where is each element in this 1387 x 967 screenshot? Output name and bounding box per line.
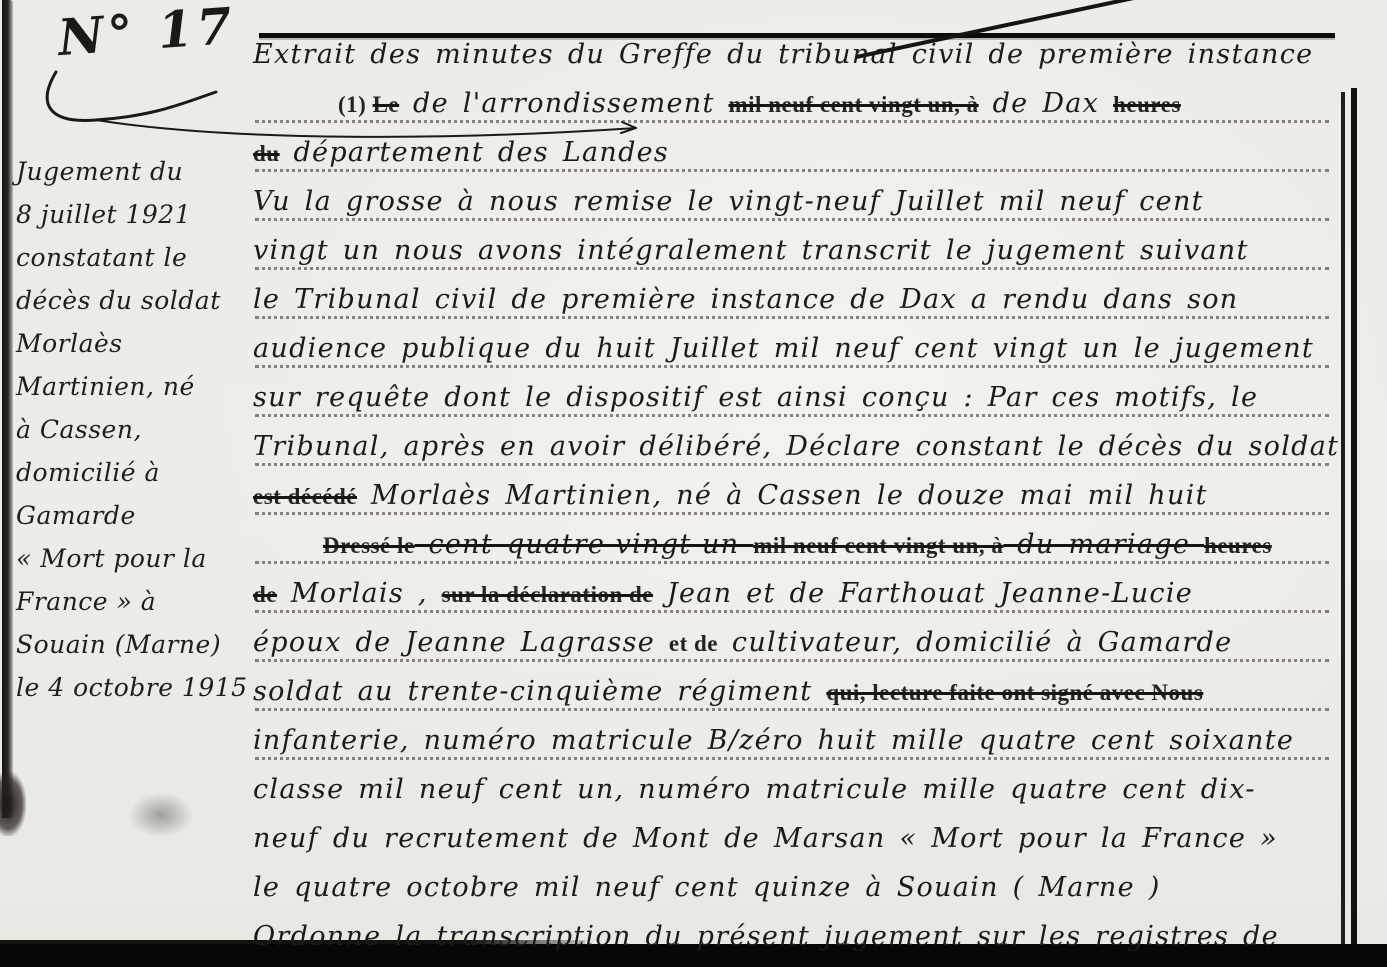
margin-note-line: décès du soldat [16,279,258,322]
handwritten-text: neuf du recrutement de Mont de Marsan « … [253,823,1278,854]
body-line: Vu la grosse à nous remise le vingt-neuf… [253,177,1341,226]
scanned-civil-registry-document: N° 17 Jugement du8 juillet 1921constatan… [0,0,1387,967]
ink-smudge [128,792,194,838]
margin-note-line: Martinien, né [16,365,258,408]
printed-form-text: est décédé [253,484,357,509]
handwritten-text: Extrait des minutes du Greffe du tribuna… [253,39,1313,70]
margin-note-line: Gamarde [16,494,258,537]
body-line: (1) Le de l'arrondissement mil neuf cent… [253,79,1341,128]
body-line: soldat au trente-cinquième régiment qui,… [253,667,1341,716]
body-line: de Morlais , sur la déclaration de Jean … [253,569,1341,618]
body-line: vingt un nous avons intégralement transc… [253,226,1341,275]
margin-note-line: 8 juillet 1921 [16,193,258,236]
printed-form-text: sur la déclaration de [442,582,653,607]
body-line: époux de Jeanne Lagrasse et de cultivate… [253,618,1341,667]
body-lines: Extrait des minutes du Greffe du tribuna… [253,30,1341,961]
body-line: neuf du recrutement de Mont de Marsan « … [253,814,1341,863]
body-line: audience publique du huit Juillet mil ne… [253,324,1341,373]
printed-form-text: du [253,141,280,166]
handwritten-text: cultivateur, domicilié à Gamarde [718,627,1232,658]
body-line: Tribunal, après en avoir délibéré, Décla… [253,422,1341,471]
handwritten-text: classe mil neuf cent un, numéro matricul… [253,774,1256,805]
handwritten-text: Vu la grosse à nous remise le vingt-neuf… [253,186,1204,217]
printed-form-text: heures [1113,92,1181,117]
body-line: classe mil neuf cent un, numéro matricul… [253,765,1341,814]
margin-note-line: constatant le [16,236,258,279]
body-line: Ordonne la transcription du présent juge… [253,912,1341,961]
handwritten-text: soldat au trente-cinquième régiment [253,676,826,707]
body-line: du département des Landes [253,128,1341,177]
handwritten-text: du mariage [1003,529,1204,560]
margin-note-line: à Cassen, [16,408,258,451]
body-line: Extrait des minutes du Greffe du tribuna… [253,30,1341,79]
printed-form-text: (1) [338,92,373,117]
handwritten-text: le quatre octobre mil neuf cent quinze à… [253,872,1161,903]
printed-form-text: mil neuf cent vingt un, à [753,533,1003,558]
handwritten-text: Ordonne la transcription du présent juge… [253,921,1279,952]
body-line: Dressé le cent quatre-vingt-un mil neuf … [253,520,1341,569]
printed-form-text: et de [669,631,718,656]
handwritten-text: Morlaès Martinien, né à Cassen le douze … [357,480,1208,511]
printed-form-text: qui, lecture faite ont signé avec Nous [826,680,1203,705]
printed-form-text: de [253,582,277,607]
handwritten-text: Jean et de Farthouat Jeanne-Lucie [653,578,1193,609]
margin-note-line: France » à [16,580,258,623]
handwritten-text: département des Landes [280,137,670,168]
body-line: infanterie, numéro matricule B/zéro huit… [253,716,1341,765]
body-line: sur requête dont le dispositif est ainsi… [253,373,1341,422]
handwritten-text: infanterie, numéro matricule B/zéro huit… [253,725,1294,756]
handwritten-text: le Tribunal civil de première instance d… [253,284,1239,315]
handwritten-text: vingt un nous avons intégralement transc… [253,235,1249,266]
printed-form-text: mil neuf cent vingt un, à [729,92,979,117]
margin-note-line: domicilié à [16,451,258,494]
handwritten-text: de l'arrondissement [399,88,728,119]
form-right-border-inner [1341,92,1345,944]
body-line: est décédé Morlaès Martinien, né à Casse… [253,471,1341,520]
margin-note-line: le 4 octobre 1915 [16,666,258,709]
margin-annotation: Jugement du8 juillet 1921constatant ledé… [16,150,258,709]
body-line: le Tribunal civil de première instance d… [253,275,1341,324]
handwritten-text: sur requête dont le dispositif est ainsi… [253,382,1258,413]
handwritten-text: Tribunal, après en avoir délibéré, Décla… [253,431,1339,462]
handwritten-text: Morlais , [277,578,442,609]
printed-form-text: Le [373,92,400,117]
ink-blob [0,772,26,836]
handwritten-text: de Dax [979,88,1113,119]
printed-form-text: heures [1204,533,1272,558]
act-number: N° 17 [56,0,237,67]
printed-form-text: Dressé le [323,533,415,558]
handwritten-text: époux de Jeanne Lagrasse [253,627,669,658]
margin-note-line: Souain (Marne) [16,623,258,666]
handwritten-text: cent quatre-vingt-un [415,529,754,560]
handwritten-text: audience publique du huit Juillet mil ne… [253,333,1314,364]
form-right-border-outer [1351,88,1357,944]
margin-note-line: Jugement du [16,150,258,193]
scan-left-edge-line [2,0,13,818]
margin-note-line: Morlaès [16,322,258,365]
body-line: le quatre octobre mil neuf cent quinze à… [253,863,1341,912]
margin-note-line: « Mort pour la [16,537,258,580]
